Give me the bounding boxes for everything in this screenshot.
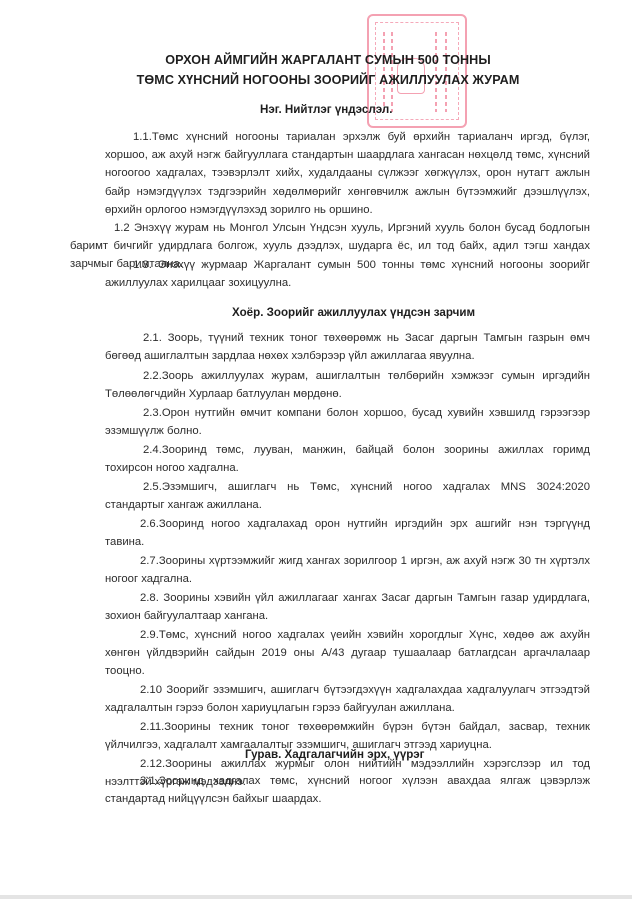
- stamp-script-column: [383, 32, 385, 112]
- section-1-heading: Нэг. Нийтлэг үндэслэл.: [260, 103, 392, 116]
- paragraph-1-3: 1.3. Энэхүү журмаар Жаргалант сумын 500 …: [105, 256, 590, 292]
- document-title-line-1: ОРХОН АЙМГИЙН ЖАРГАЛАНТ СУМЫН 500 ТОННЫ: [12, 53, 632, 67]
- paragraph-1-1: 1.1.Төмс хүнсний ногооны тариалан эрхэлж…: [105, 128, 590, 219]
- paragraph-2-9: 2.9.Төмс, хүнсний ногоо хадгалах үеийн х…: [105, 626, 590, 681]
- stamp-script-column: [445, 32, 447, 112]
- page-bottom-edge: [0, 895, 632, 899]
- paragraph-2-8: 2.8. Зоорины хэвийн үйл ажиллагааг ханга…: [105, 589, 590, 625]
- paragraph-2-3: 2.3.Орон нутгийн өмчит компани болон хор…: [105, 404, 590, 440]
- paragraph-2-4: 2.4.Зооринд төмс, лууван, манжин, байцай…: [105, 441, 590, 477]
- paragraph-2-6: 2.6.Зооринд ногоо хадгалахад орон нутгий…: [105, 515, 590, 551]
- paragraph-2-10: 2.10 Зоорийг эзэмшигч, ашиглагч бүтээгдэ…: [105, 681, 590, 717]
- paragraph-3-1: 3.1.Зооринд хадгалах төмс, хүнсний ногоо…: [105, 772, 590, 808]
- stamp-script-column: [391, 32, 393, 112]
- section-3-heading: Гурав. Хадгалагчийн эрх, үүрэг: [245, 748, 424, 761]
- paragraph-2-7: 2.7.Зоорины хүртээмжийг жигд хангах зори…: [105, 552, 590, 588]
- paragraph-2-5: 2.5.Эзэмшигч, ашиглагч нь Төмс, хүнсний …: [105, 478, 590, 514]
- paragraph-2-2: 2.2.Зоорь ажиллуулах журам, ашиглалтын т…: [105, 367, 590, 403]
- section-2-heading: Хоёр. Зоорийг ажиллуулах үндсэн зарчим: [232, 306, 475, 319]
- document-page: ОРХОН АЙМГИЙН ЖАРГАЛАНТ СУМЫН 500 ТОННЫ …: [0, 0, 632, 899]
- document-title-line-2: ТӨМС ХҮНСНИЙ НОГООНЫ ЗООРИЙГ АЖИЛЛУУЛАХ …: [12, 73, 632, 87]
- stamp-script-column: [435, 32, 437, 112]
- paragraph-2-1: 2.1. Зоорь, түүний техник тоног төхөөрөм…: [105, 329, 590, 365]
